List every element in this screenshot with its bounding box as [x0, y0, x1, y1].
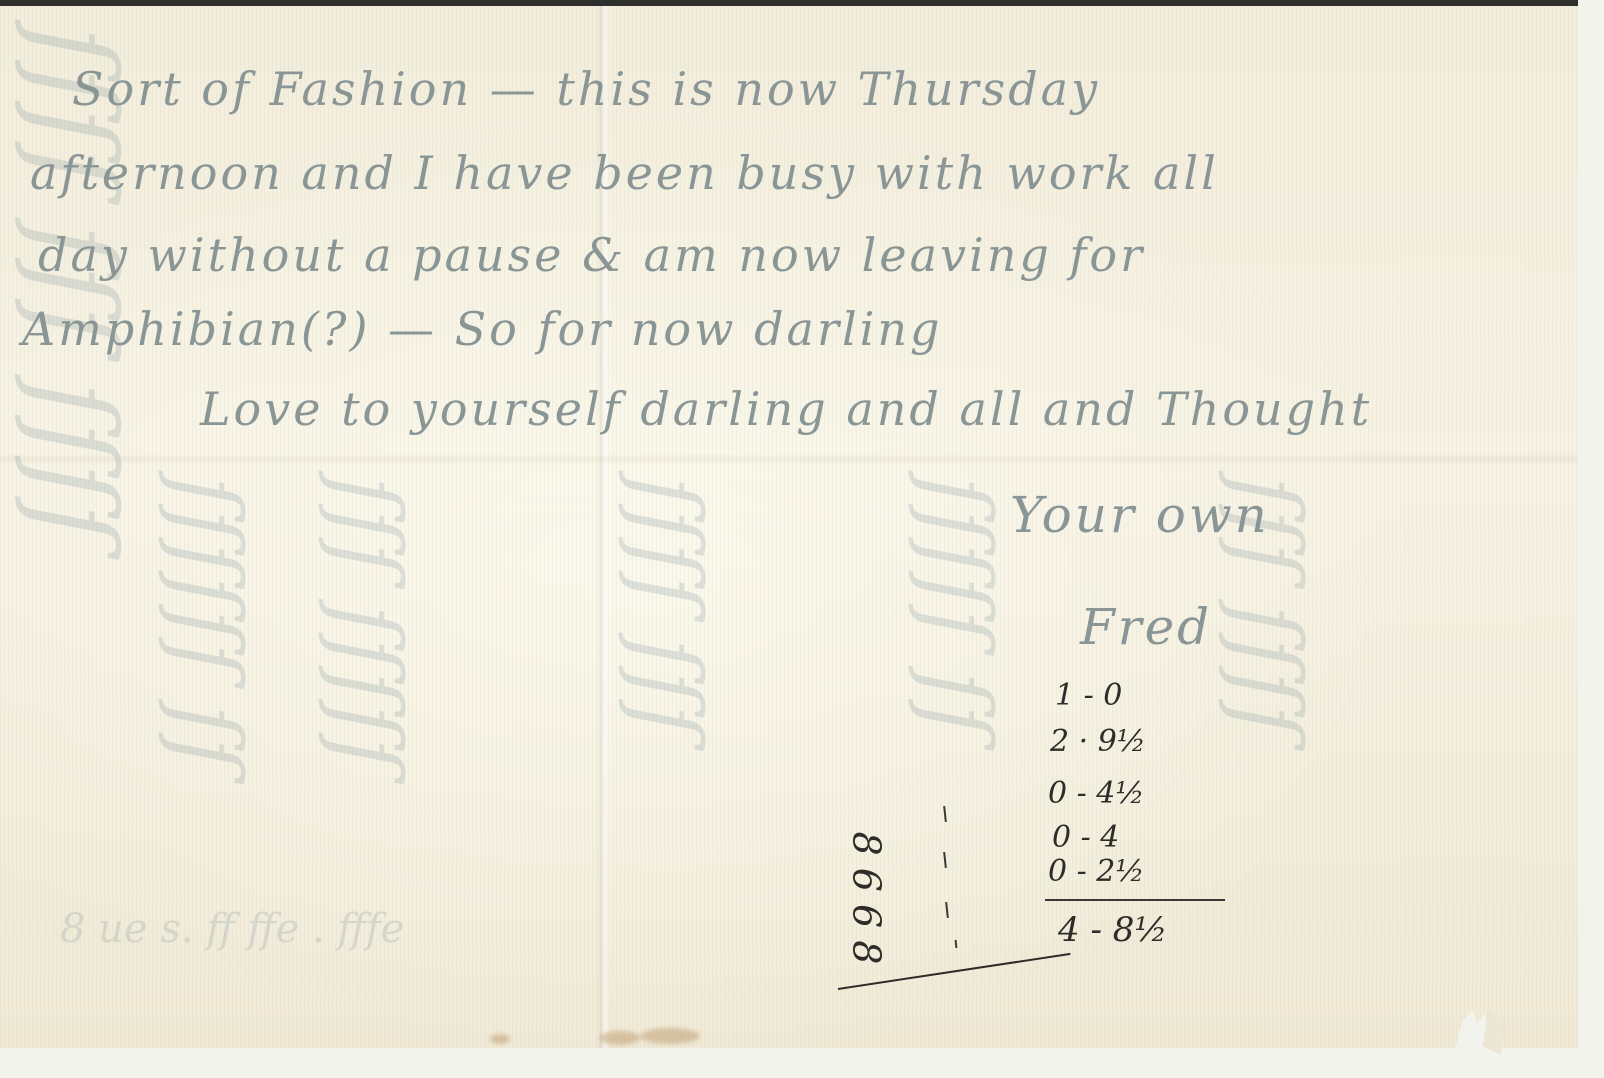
scanned-letter-page: ſſſſ ſſſ ſſſſ ſſſſſſ ſſ ſſſ ſſſſſ ſſſſ ſ… — [0, 0, 1604, 1078]
tick-mark — [943, 806, 947, 822]
bleed-through-writing: ſſſſ ſſſ — [615, 476, 720, 738]
letter-line-1: Sort of Fashion — this is now Thursday — [72, 62, 1100, 116]
tick-mark — [945, 902, 949, 918]
bleed-through-writing: ſſſſſſ ſſ — [155, 476, 260, 771]
letter-paper: ſſſſ ſſſ ſſſſ ſſſſſſ ſſ ſſſ ſſſſſ ſſſſ ſ… — [0, 6, 1578, 1048]
sum-item-4: 0 - 4 — [1052, 820, 1119, 855]
bleed-through-writing: ſſſſſ ſſ — [905, 476, 1010, 738]
tick-mark — [955, 940, 958, 948]
fold-crease-horizontal — [0, 454, 1578, 464]
letter-closing: Your own — [1010, 486, 1270, 544]
tick-mark — [943, 852, 947, 868]
sum-item-2: 2 · 9½ — [1050, 724, 1146, 759]
sum-item-3: 0 - 4½ — [1048, 776, 1144, 811]
letter-signature: Fred — [1080, 598, 1212, 656]
letter-line-2: afternoon and I have been busy with work… — [30, 146, 1219, 200]
stain — [490, 1034, 510, 1044]
bleed-through-writing: ſſſ ſſſſſ — [315, 476, 420, 771]
letter-line-4: Amphibian(?) — So for now darling — [22, 302, 942, 356]
stain — [600, 1031, 640, 1045]
sum-item-5: 0 - 2½ — [1048, 854, 1144, 889]
letter-line-3: day without a pause & am now leaving for — [38, 228, 1145, 282]
vertical-figures: 8 6 6 8 — [844, 832, 888, 965]
sum-item-1: 1 - 0 — [1055, 678, 1122, 713]
sum-total: 4 - 8½ — [1058, 910, 1167, 950]
stain — [640, 1028, 700, 1044]
letter-line-5: Love to yourself darling and all and Tho… — [200, 382, 1372, 436]
bleed-through-writing: 8 ue s. ff ffe . fffe — [60, 906, 404, 952]
sum-underline — [1045, 899, 1225, 901]
